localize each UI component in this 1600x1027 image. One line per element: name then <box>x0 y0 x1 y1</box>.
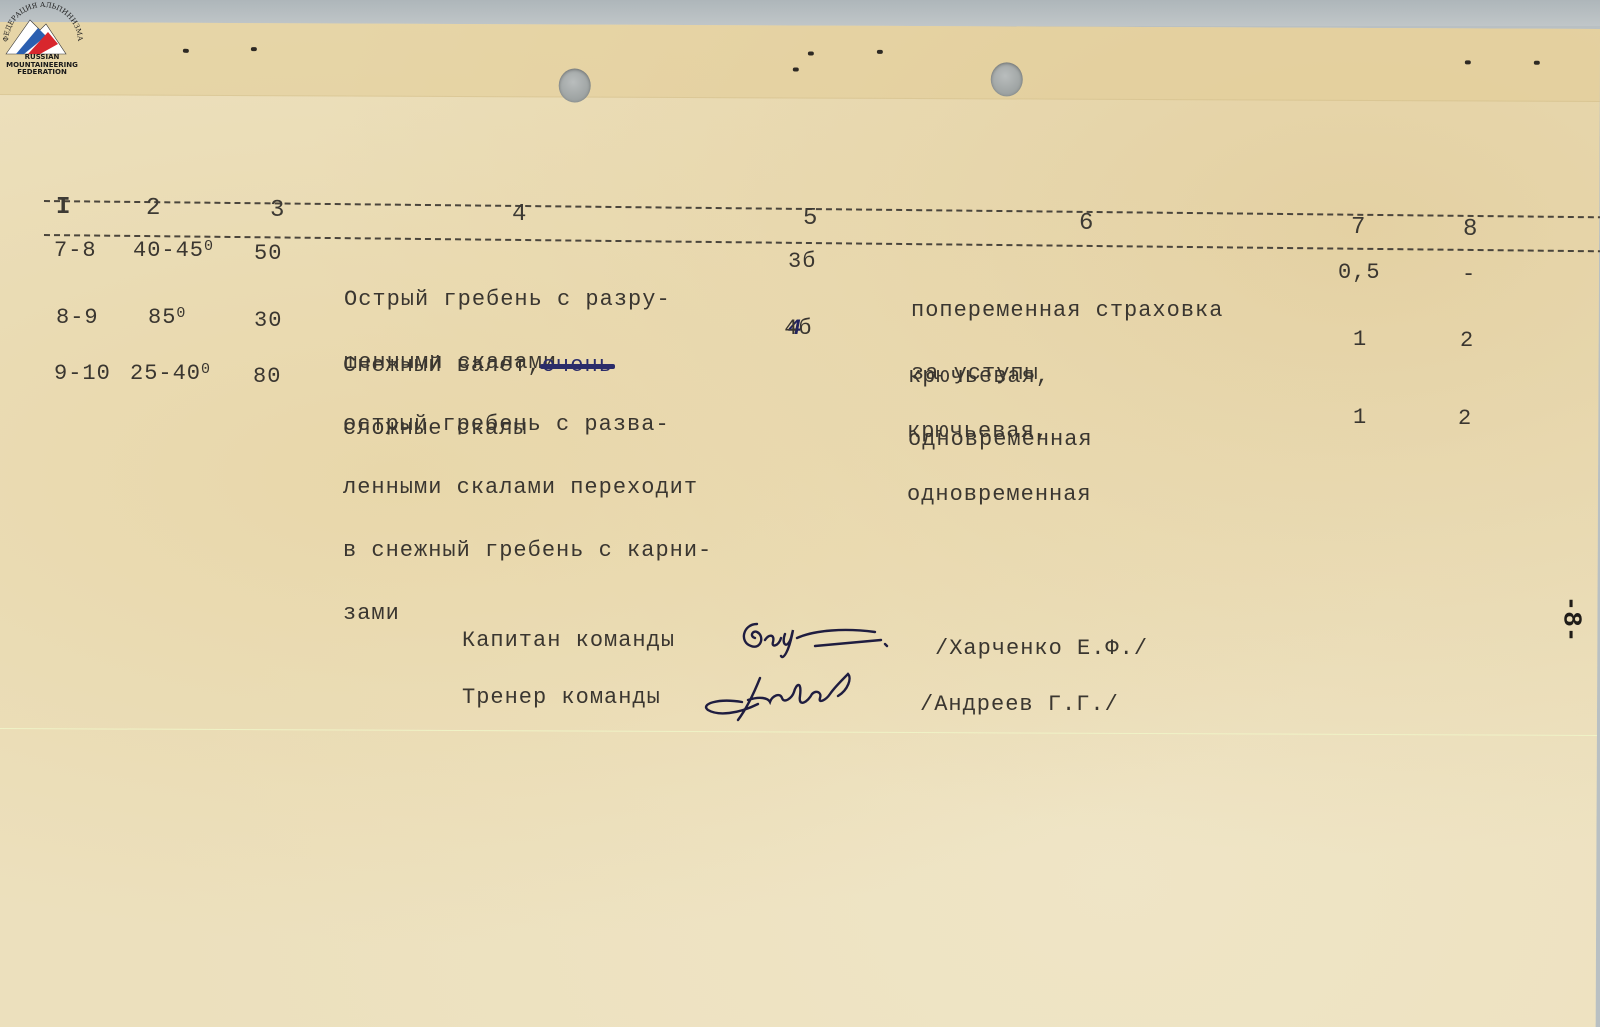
difficulty-cell: 44б <box>788 318 813 339</box>
steepness-cell: 850 <box>148 307 186 328</box>
coach-label: Тренер команды <box>462 685 661 710</box>
page-number: -8- <box>1556 596 1586 643</box>
column-number-5: 5 <box>803 205 817 232</box>
description-line: острый гребень с разва- <box>343 414 712 435</box>
steepness-value: 85 <box>148 305 176 330</box>
description-line: в снежный гребень с карни- <box>343 540 712 561</box>
description-cell: острый гребень с разва- ленными скалами … <box>343 372 712 666</box>
punch-hole-right <box>991 62 1023 96</box>
coach-signature-icon <box>698 668 888 724</box>
paper-speck <box>877 50 883 54</box>
captain-signature-icon <box>735 610 895 660</box>
description-line: зами <box>343 603 712 624</box>
pitons-cell: - <box>1462 264 1476 285</box>
length-cell: 30 <box>254 310 282 331</box>
column-number-8: 8 <box>1463 216 1477 243</box>
length-cell: 80 <box>253 366 281 387</box>
belay-line: одновременная <box>907 484 1092 505</box>
paper-speck <box>1534 61 1540 65</box>
column-number-7: 7 <box>1351 214 1365 241</box>
pitons-cell: 2 <box>1458 408 1472 429</box>
belay-line: крючьевая, <box>907 421 1092 442</box>
difficulty-cell: 3б <box>788 251 816 272</box>
column-number-6: 6 <box>1079 210 1093 237</box>
column-number-1: I <box>56 194 70 221</box>
paper-top-strip <box>0 22 1600 102</box>
difficulty-value: 4б <box>784 316 812 341</box>
section-cell: 8-9 <box>56 307 99 328</box>
coach-name: /Андреев Г.Г./ <box>920 692 1119 717</box>
column-number-2: 2 <box>146 195 160 222</box>
steepness-cell: 25-400 <box>130 363 211 384</box>
paper-speck <box>183 49 189 53</box>
steepness-cell: 40-450 <box>133 240 214 261</box>
column-number-3: 3 <box>270 197 284 224</box>
belay-line: попеременная страховка <box>911 300 1223 321</box>
length-cell: 50 <box>254 243 282 264</box>
section-cell: 7-8 <box>54 240 97 261</box>
logo-caption: RUSSIAN MOUNTAINEERING FEDERATION <box>0 54 84 77</box>
logo-line-3: FEDERATION <box>0 69 84 77</box>
paper-speck <box>1465 60 1471 64</box>
document-page <box>0 22 1600 1027</box>
hours-cell: 1 <box>1353 329 1367 350</box>
column-number-4: 4 <box>512 201 526 228</box>
paper-speck <box>251 47 257 51</box>
captain-name: /Харченко Е.Ф./ <box>935 636 1148 661</box>
section-cell: 9-10 <box>54 363 111 384</box>
paper-speck <box>793 67 799 71</box>
mountain-flag-icon: ФЕДЕРАЦИЯ АЛЬПИНИЗМА РОССИИ <box>0 2 84 58</box>
punch-hole-left <box>559 68 591 102</box>
steepness-value: 40-45 <box>133 238 204 263</box>
belay-cell: крючьевая, одновременная <box>907 379 1092 547</box>
paper-speck <box>808 52 814 56</box>
rmf-logo: ФЕДЕРАЦИЯ АЛЬПИНИЗМА РОССИИ RUSSIAN MOUN… <box>0 2 84 84</box>
description-line: ленными скалами переходит <box>343 477 712 498</box>
description-line: Острый гребень с разру- <box>344 289 671 310</box>
fold-line <box>0 728 1597 736</box>
degree-mark: 0 <box>204 238 214 255</box>
hours-cell: 0,5 <box>1338 262 1381 283</box>
hours-cell: 1 <box>1353 407 1367 428</box>
degree-mark: 0 <box>176 305 186 322</box>
pitons-cell: 2 <box>1460 330 1474 351</box>
captain-label: Капитан команды <box>462 628 675 653</box>
steepness-value: 25-40 <box>130 361 201 386</box>
degree-mark: 0 <box>201 361 211 378</box>
